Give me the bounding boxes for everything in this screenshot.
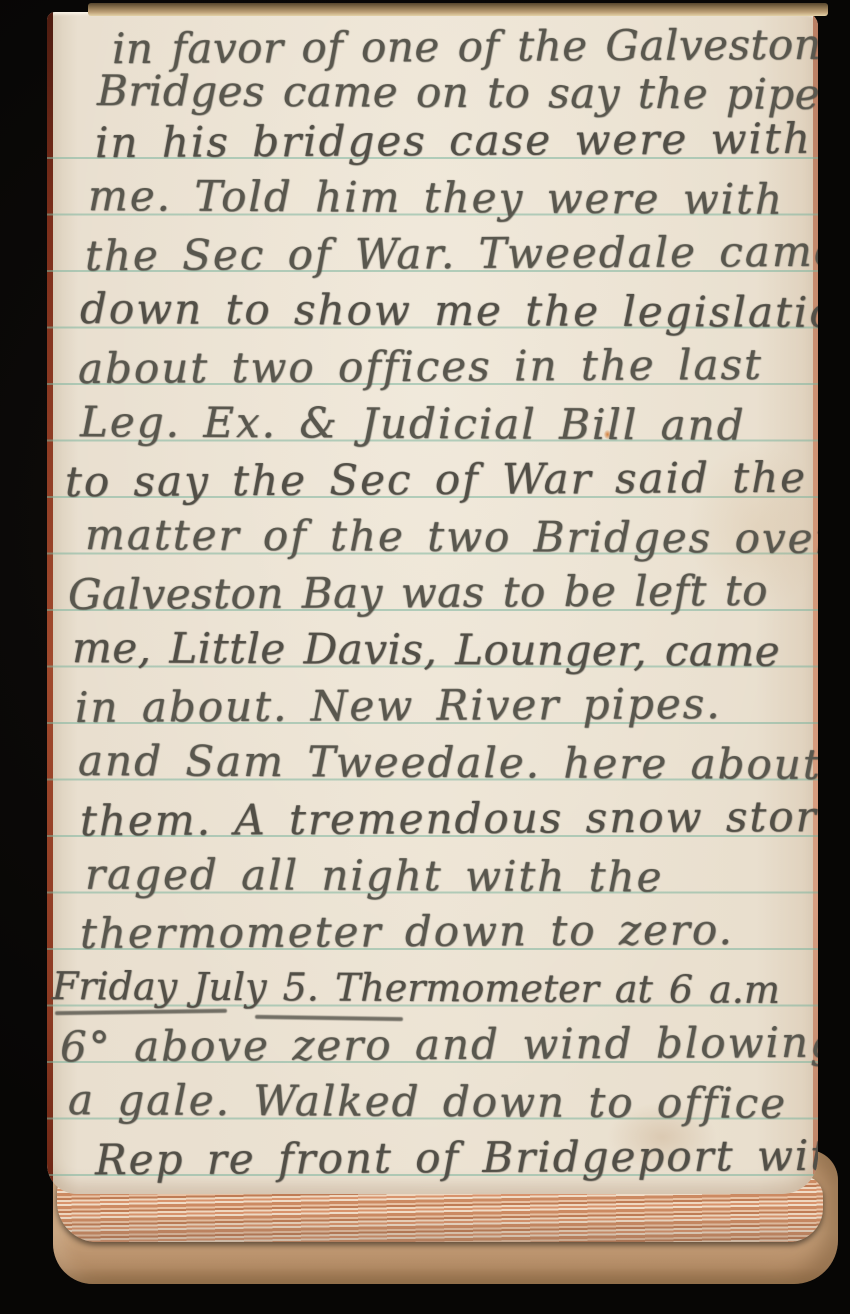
handwriting-line: me, Little Davis, Lounger, came bbox=[72, 619, 780, 680]
handwriting-line: down to show me the legislatio bbox=[80, 280, 818, 341]
handwriting-line: about two offices in the last bbox=[78, 336, 763, 397]
top-page-edge bbox=[88, 3, 828, 16]
handwriting-line: Leg. Ex. & Judicial Bill and bbox=[80, 393, 746, 453]
handwriting-line: a gale. Walked down to office bbox=[68, 1071, 787, 1132]
photo-background: in favor of one of the Galveston Bridges… bbox=[0, 0, 850, 1314]
handwriting-line: the Sec of War. Tweedale came bbox=[85, 223, 818, 285]
handwriting-line: 6° above zero and wind blowing bbox=[60, 1014, 818, 1076]
handwriting-line: me. Told him they were with bbox=[88, 167, 784, 228]
handwriting-line: in about. New River pipes. bbox=[75, 675, 722, 736]
handwriting-line: to say the Sec of War said the bbox=[65, 449, 807, 511]
handwriting-line: and Sam Tweedale. here about bbox=[78, 732, 818, 793]
handwriting-line: thermometer down to zero. bbox=[80, 901, 734, 962]
notebook-page: in favor of one of the Galveston Bridges… bbox=[47, 12, 818, 1194]
handwriting-line: Rep re front of Bridgeport with bbox=[95, 1127, 818, 1189]
handwriting-line: raged all night with the bbox=[85, 845, 664, 905]
handwriting-line: in his bridges case were with bbox=[95, 110, 812, 171]
handwriting-line: them. A tremendous snow storm bbox=[80, 788, 818, 850]
handwriting-line: matter of the two Bridges over bbox=[85, 506, 818, 567]
handwriting-line: Galveston Bay was to be left to bbox=[68, 562, 768, 623]
